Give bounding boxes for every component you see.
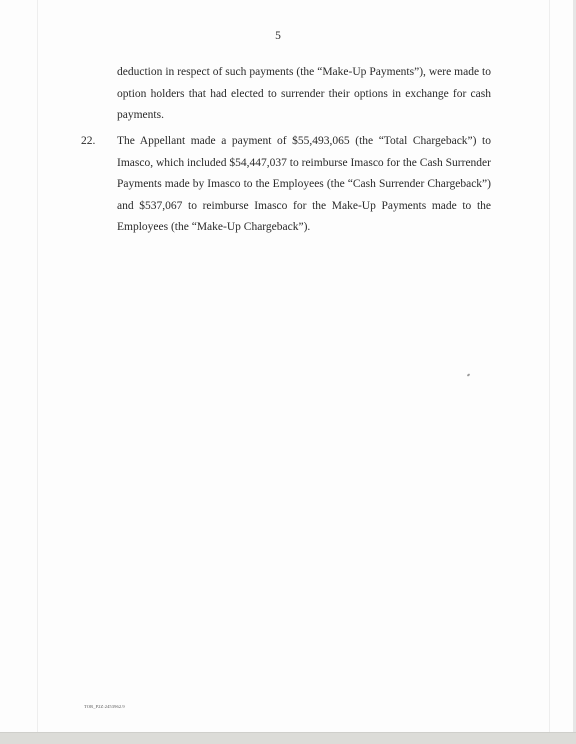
text-line: Employees (the “Make-Up Chargeback”). [117, 217, 491, 239]
paragraph-continued: deduction in respect of such payments (t… [117, 62, 491, 127]
paragraph-22: The Appellant made a payment of $55,493,… [117, 131, 491, 239]
scanner-bottom-band [0, 732, 576, 744]
scan-mark [467, 373, 471, 376]
page-number: 5 [0, 30, 556, 42]
paragraph-number: 22. [81, 131, 95, 153]
text-line: The Appellant made a payment of $55,493,… [117, 131, 491, 153]
text-line: and $537,067 to reimburse Imasco for the… [117, 196, 491, 218]
document-page: 5 deduction in respect of such payments … [0, 0, 576, 732]
text-line: Imasco, which included $54,447,037 to re… [117, 153, 491, 175]
document-reference-code: TOR_P2Z:2453962.9 [84, 704, 125, 709]
scan-edge-line [549, 0, 550, 732]
text-line: payments. [117, 105, 491, 127]
text-line: deduction in respect of such payments (t… [117, 62, 491, 84]
scan-edge-line [37, 0, 38, 732]
text-line: option holders that had elected to surre… [117, 84, 491, 106]
text-line: Payments made by Imasco to the Employees… [117, 174, 491, 196]
